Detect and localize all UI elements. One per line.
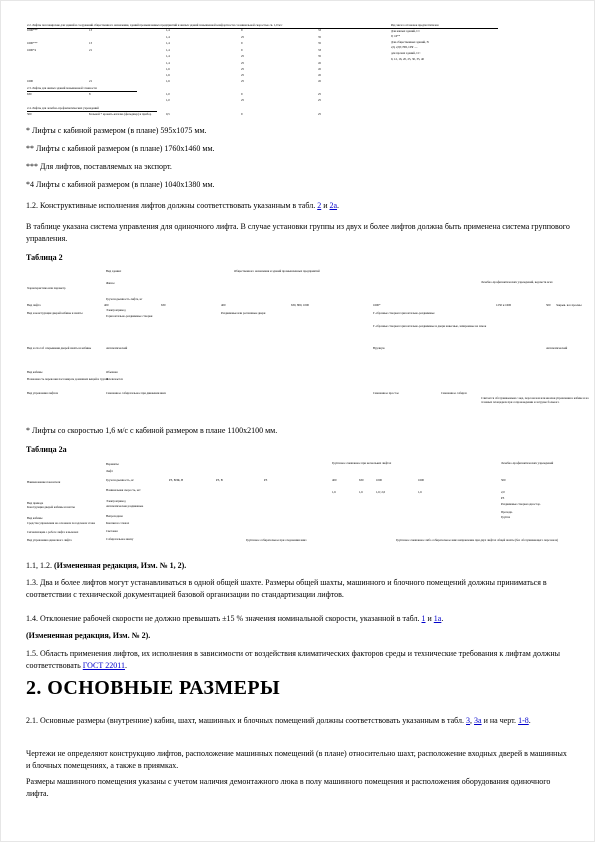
footnote-2: ** Лифты с кабиной размером (в плане) 17…	[26, 143, 571, 155]
table-cell: 400	[332, 479, 337, 483]
table-cell: 1600	[418, 479, 424, 483]
table-cell: 9	[241, 113, 267, 117]
table-cell: 45	[318, 74, 344, 78]
table-cell: 0,5	[166, 113, 192, 117]
table-cell: 9	[241, 42, 267, 46]
table-cell: 1000***	[27, 29, 85, 33]
table-cell: 25	[318, 93, 344, 97]
table-cell: Грузоподъемность, кг	[106, 479, 166, 483]
table-cell: 500	[546, 304, 551, 308]
table-cell: 630	[161, 304, 166, 308]
table-cell: Раздвижные или распашные двери	[221, 312, 311, 316]
table-cell: 33	[318, 29, 344, 33]
clause-2-1: 2.1. Основные размеры (внутренние) кабин…	[26, 715, 571, 727]
table-notes-block: Ряд чисел остановок предпочтителен Для ж…	[391, 23, 567, 62]
table-cell: 1,6	[359, 491, 363, 495]
text-segment: 1.1, 1.2.	[26, 561, 54, 570]
table-2: Вид здания:Общественного назначения и зд…	[26, 267, 574, 423]
table-cell: 1000	[376, 479, 382, 483]
table-cell: Непроходная	[106, 515, 123, 519]
table-cell: 1,4	[166, 36, 192, 40]
table-cell: Собирательное внизу	[106, 538, 133, 542]
table-cell: 1,4	[166, 55, 192, 59]
table-cell: 45	[318, 80, 344, 84]
table-cell: 1,4	[166, 29, 192, 33]
table-cell: 630, 800, 1000	[291, 304, 351, 308]
table-section-row: 2.3. Лифты для жилых зданий повышенной э…	[27, 86, 137, 92]
table-cell: Лечебно-профилактических учреждений, вед…	[481, 281, 591, 285]
table-cell: 25	[241, 36, 267, 40]
table-cell: Групповое смешанное либо собирательное в…	[396, 539, 586, 543]
table-cell: Общественного назначения и зданий промыш…	[234, 270, 474, 274]
table-cell: 1,4	[166, 42, 192, 46]
table-cell: Световая	[106, 530, 118, 534]
cross-reference-link[interactable]: 2а	[329, 201, 337, 210]
text-segment: и на черт.	[482, 716, 518, 725]
clause-1-3: 1.3. Два и более лифтов могут устанавлив…	[26, 577, 571, 601]
text-segment: Размеры машинного помещения указаны с уч…	[26, 777, 550, 798]
table-cell: 13	[89, 42, 164, 46]
clause-1-2: 1.2. Конструктивные исполнения лифтов до…	[26, 200, 571, 212]
table-cell: Лечебно-профилактических учреждений	[501, 462, 595, 466]
table-cell: Группа	[501, 516, 510, 520]
table-cell: Вид управления одиночного лифта	[27, 539, 117, 543]
section-heading-basic-dimensions: 2. ОСНОВНЫЕ РАЗМЕРЫ	[26, 677, 280, 700]
text-segment: .	[125, 661, 127, 670]
table-cell: 1,0	[166, 99, 192, 103]
table-cell: Конструкция дверей кабины и шахты	[27, 506, 117, 510]
table-cell: Автоматические раздвижные	[106, 505, 201, 509]
table-cell: 9	[241, 29, 267, 33]
table-cell: 45	[318, 62, 344, 66]
clause-revision-2: (Измененная редакция, Изм. № 2).	[26, 630, 571, 642]
table-cell: 35	[318, 55, 344, 59]
table-cell: РЗ, В	[216, 479, 223, 483]
table-cell: 25	[241, 55, 267, 59]
table-cell: Г-образные створки горизонтально-раздвиж…	[373, 312, 483, 316]
table-cell: Автоматический	[546, 347, 595, 351]
footnote-1: * Лифты с кабиной размером (в плане) 595…	[26, 125, 571, 137]
table-cell: 1600*4	[27, 49, 85, 53]
table-cell: 500	[501, 479, 506, 483]
table-cell: 1600***	[27, 42, 85, 46]
table-cell: Раздвижные створки одностор.	[501, 503, 595, 507]
table-cell: 33	[318, 49, 344, 53]
table-cell: 8	[89, 93, 164, 97]
text-segment: и	[426, 614, 434, 623]
table-cell: 1250 и 1600	[496, 304, 546, 308]
table-cell: 21	[89, 80, 164, 84]
clause-2-1-drawings-note: Чертежи не определяют конструкцию лифтов…	[26, 748, 571, 772]
table-cell: РЗ	[501, 497, 504, 501]
clause-1-4: 1.4. Отклонение рабочей скорости не долж…	[26, 613, 571, 625]
table-cell: Смешанное собирательное при движении вни…	[106, 392, 236, 396]
table-cell: 25	[241, 74, 267, 78]
table1-continuation: 2.2. Лифты пассажирские для зданий и соо…	[26, 21, 574, 121]
table-cell: 1,4	[166, 49, 192, 53]
table-cell: 2,0	[501, 491, 505, 495]
table2-label: Таблица 2	[26, 252, 571, 264]
table-cell: 1,6	[166, 68, 192, 72]
clause-1-5: 1.5. Область применения лифтов, их испол…	[26, 648, 571, 672]
text-segment: В таблице указана система управления для…	[26, 222, 570, 243]
table-cell: Автоматический	[106, 347, 127, 351]
table-cell: Горизонтально-раздвижные створки	[106, 315, 216, 319]
table-cell: Г-образные створки горизонтально-раздвиж…	[373, 325, 488, 329]
cross-reference-link[interactable]: 1-8	[518, 716, 529, 725]
table-cell: 25	[241, 99, 267, 103]
table-cell: Электропривод	[106, 309, 126, 313]
table-cell: 45	[318, 68, 344, 72]
table-cell: Жилое	[106, 282, 115, 286]
table-cell: Наименование показателя	[27, 481, 112, 485]
table-cell: Варианты	[106, 463, 119, 467]
text-segment: .	[529, 716, 531, 725]
table-cell: 1,6	[418, 491, 422, 495]
table-cell: Лифт	[106, 470, 113, 474]
table-cell: 1,6; 2,0	[376, 491, 416, 495]
text-segment: Чертежи не определяют конструкцию лифтов…	[26, 749, 567, 770]
clause-1-1-1-2-revision: 1.1, 1.2. (Измененная редакция, Изм. № 1…	[26, 560, 571, 572]
table-cell: 21	[89, 49, 164, 53]
table-cell: Групповое собирательное при следовании в…	[246, 539, 396, 543]
table-cell: 1,6	[166, 74, 192, 78]
table-cell: Исключается	[106, 378, 123, 382]
table-cell: Смешанное простое	[373, 392, 433, 396]
table2-footnote: * Лифты со скоростью 1,6 м/с с кабиной р…	[26, 425, 571, 437]
table-cell: 630	[27, 93, 85, 97]
table-cell: 9	[241, 49, 267, 53]
table-cell: Номинальная скорость, м/с	[106, 489, 196, 493]
table-2a: ВариантыЛифтГрупповое смешанное при неск…	[26, 459, 574, 555]
text-segment: .	[337, 201, 339, 210]
table-cell: Считается обслуживаемым с мед. персонало…	[481, 397, 593, 405]
text-segment: 1.3. Два и более лифтов могут устанавлив…	[26, 578, 547, 599]
table-cell: Вид здания:	[106, 270, 121, 274]
table-cell: Больной + кровать-каталка (фельдшер) и п…	[89, 113, 164, 117]
table-cell: 25	[318, 99, 344, 103]
table-cell: 25	[241, 80, 267, 84]
footnote-4: *4 Лифты с кабиной размером (в плане) 10…	[26, 179, 571, 191]
table-cell: Грузоподъемность лифта, кг	[106, 298, 142, 302]
table-cell: РЗ, ВЛК, В	[169, 479, 183, 483]
table-cell: Вручную	[373, 347, 385, 351]
table-cell: 25	[241, 68, 267, 72]
table-cell: 35	[318, 42, 344, 46]
table-cell: Вид и конструкция дверей кабины и шахты	[27, 312, 105, 316]
table-cell: 400	[221, 304, 226, 308]
table-cell: 25	[318, 113, 344, 117]
table-cell: Вид лифта	[27, 304, 102, 308]
text-segment: 2.1. Основные размеры (внутренние) кабин…	[26, 716, 466, 725]
table2a-label: Таблица 2а	[26, 444, 571, 456]
text-segment: .	[441, 614, 443, 623]
table-cell: 1,6	[332, 491, 336, 495]
table-cell: 1600*	[373, 304, 381, 308]
document-page: 2.2. Лифты пассажирские для зданий и соо…	[0, 0, 595, 842]
cross-reference-link[interactable]: ГОСТ 22011	[83, 661, 125, 670]
table-cell: 630	[359, 479, 364, 483]
table-cell: Вид кабины	[27, 371, 42, 375]
table-cell: Кнопки на этажах	[106, 522, 129, 526]
table-cell: Вид и способ открывания дверей шахты и к…	[27, 347, 107, 351]
table-cell: 13	[89, 29, 164, 33]
table-cell: 1,0	[166, 93, 192, 97]
text-segment: 1.2. Конструктивные исполнения лифтов до…	[26, 201, 317, 210]
table-cell: 1600	[27, 80, 85, 84]
table-cell: 9	[241, 93, 267, 97]
table-cell: 35	[318, 36, 344, 40]
footnote-3: *** Для лифтов, поставляемых на экспорт.	[26, 161, 571, 173]
clause-2-1-machine-room-note: Размеры машинного помещения указаны с уч…	[26, 776, 571, 800]
table-cell: 1,6	[166, 80, 192, 84]
table-cell: 1,4	[166, 62, 192, 66]
table-cell: Групповое смешанное при нескольких лифта…	[332, 462, 442, 466]
text-segment: (Измененная редакция, Изм. № 1, 2).	[54, 561, 186, 570]
clause-1-2-note: В таблице указана система управления для…	[26, 221, 571, 245]
cross-reference-link[interactable]: 3а	[474, 716, 482, 725]
table-cell: Характеристика или параметр	[27, 287, 102, 291]
text-segment: 1.4. Отклонение рабочей скорости не долж…	[26, 614, 422, 623]
text-segment: (Измененная редакция, Изм. № 2).	[26, 631, 150, 640]
table-cell: 25	[241, 62, 267, 66]
table-cell: Обычная	[106, 371, 118, 375]
table-cell: Закрыв. все проемы	[556, 304, 595, 308]
table-cell: РЗ	[264, 479, 267, 483]
table-cell: 500	[27, 113, 85, 117]
